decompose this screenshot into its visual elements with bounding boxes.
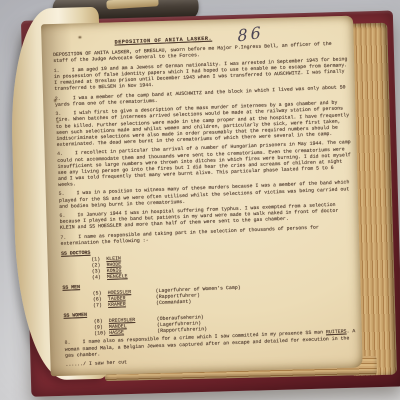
handwritten-page-number: 86 (237, 23, 264, 46)
stain-speck (78, 36, 81, 38)
stain-speck (54, 99, 56, 102)
document-page: 86 DEPOSITION OF ANITA LASKER. DEPOSITIO… (41, 16, 363, 377)
photo-of-open-book: 86 DEPOSITION OF ANITA LASKER. DEPOSITIO… (0, 0, 400, 400)
accused-name: RUITERS (326, 330, 347, 336)
open-book: 86 DEPOSITION OF ANITA LASKER. DEPOSITIO… (0, 0, 400, 400)
typewritten-text: DEPOSITION OF ANITA LASKER. DEPOSITION O… (53, 30, 360, 372)
